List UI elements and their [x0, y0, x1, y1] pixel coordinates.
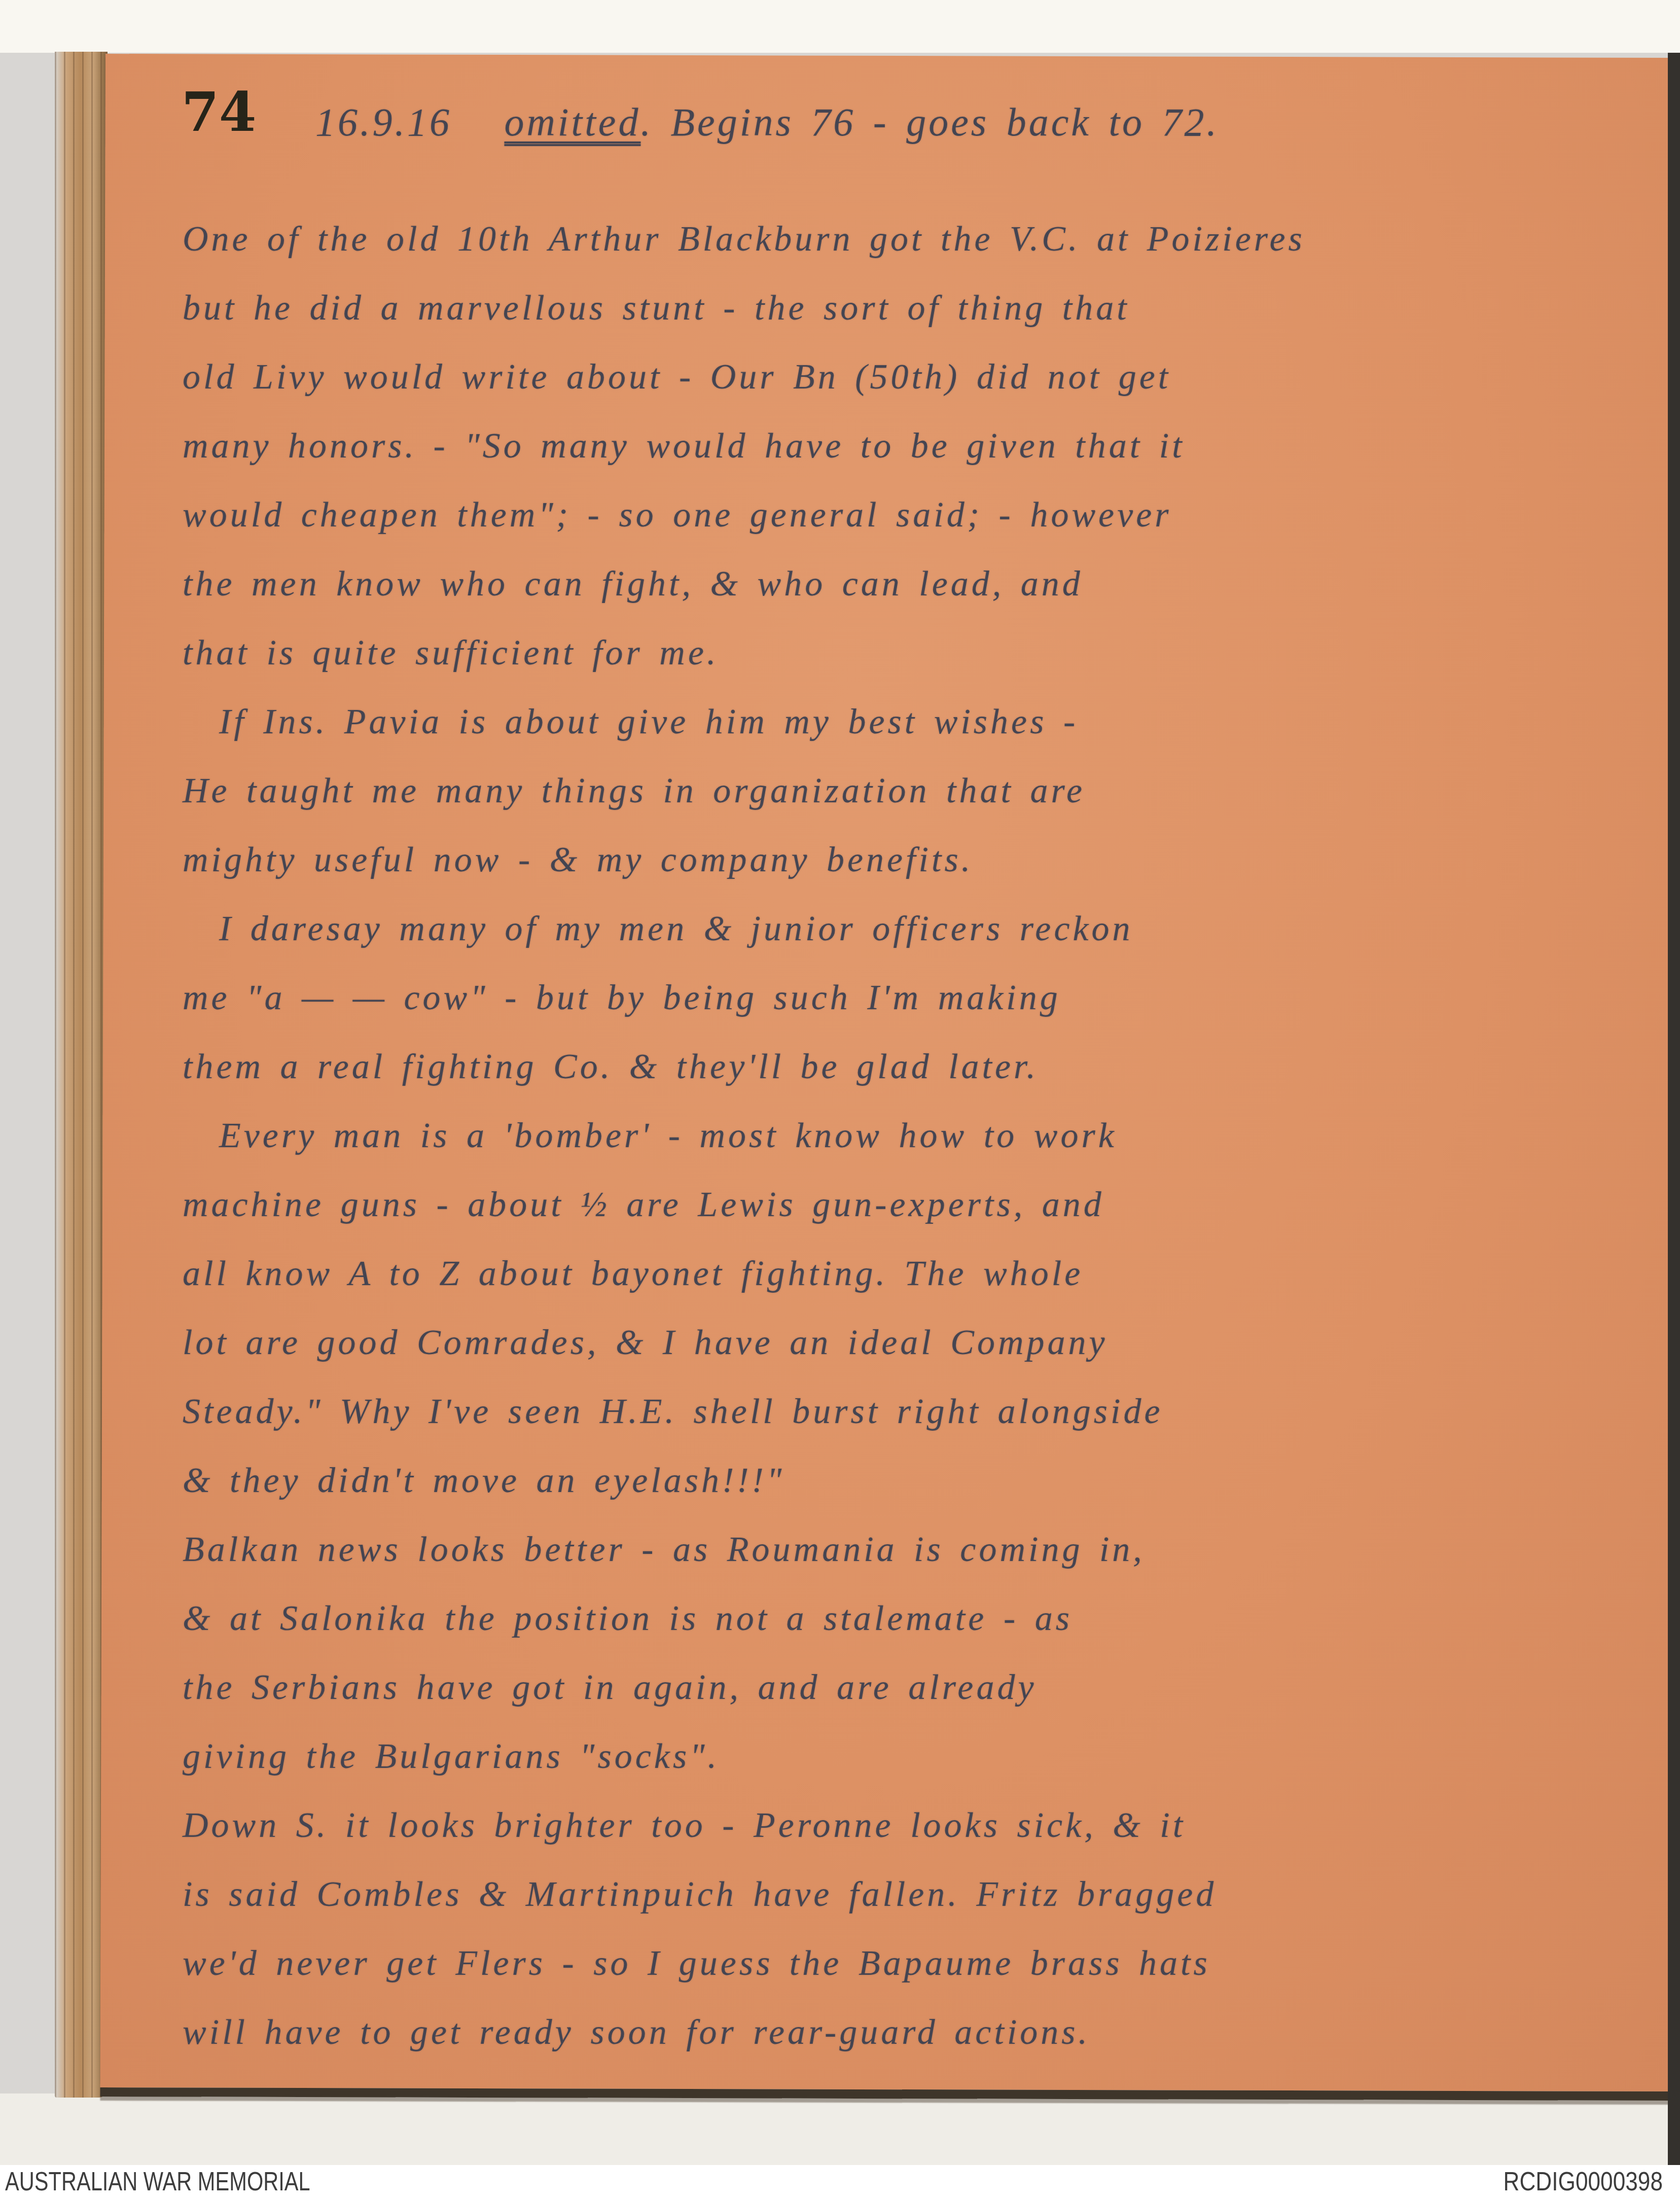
- handwritten-line: old Livy would write about - Our Bn (50t…: [183, 343, 1305, 412]
- handwritten-line: them a real fighting Co. & they'll be gl…: [183, 1033, 1305, 1102]
- handwritten-line: the Serbians have got in again, and are …: [183, 1653, 1305, 1722]
- handwritten-line: If Ins. Pavia is about give him my best …: [183, 688, 1305, 757]
- handwritten-line: Down S. it looks brighter too - Peronne …: [183, 1791, 1305, 1860]
- handwritten-line: I daresay many of my men & junior office…: [183, 895, 1305, 964]
- handwritten-line: the men know who can fight, & who can le…: [183, 550, 1305, 619]
- handwritten-line: Every man is a 'bomber' - most know how …: [183, 1102, 1305, 1170]
- handwritten-line: & at Salonika the position is not a stal…: [183, 1584, 1305, 1653]
- handwritten-line: mighty useful now - & my company benefit…: [183, 826, 1305, 895]
- handwritten-line: will have to get ready soon for rear-gua…: [183, 1998, 1305, 2067]
- handwritten-line: lot are good Comrades, & I have an ideal…: [183, 1308, 1305, 1377]
- book-page-edges: [55, 52, 108, 2098]
- header-note-rest: . Begins 76 - goes back to 72.: [640, 100, 1219, 144]
- handwritten-line: would cheapen them"; - so one general sa…: [183, 481, 1305, 550]
- handwritten-line: that is quite sufficient for me.: [183, 619, 1305, 688]
- handwritten-line: we'd never get Flers - so I guess the Ba…: [183, 1929, 1305, 1998]
- footer-bar: AUSTRALIAN WAR MEMORIAL RCDIG0000398: [0, 2165, 1680, 2200]
- scanner-top-strip: [0, 0, 1680, 53]
- page-number: 74: [182, 85, 257, 139]
- handwritten-line: Balkan news looks better - as Roumania i…: [183, 1515, 1305, 1584]
- handwriting-block: One of the old 10th Arthur Blackburn got…: [183, 205, 1305, 2067]
- handwritten-line: many honors. - "So many would have to be…: [183, 412, 1305, 481]
- handwritten-line: machine guns - about ½ are Lewis gun-exp…: [183, 1170, 1305, 1239]
- awm-label: AUSTRALIAN WAR MEMORIAL: [5, 2167, 310, 2197]
- handwritten-line: One of the old 10th Arthur Blackburn got…: [183, 205, 1305, 274]
- scanner-bottom-band: [0, 2093, 1680, 2165]
- diary-scan: 74 16.9.16 omitted. Begins 76 - goes bac…: [0, 0, 1680, 2200]
- handwritten-line: but he did a marvellous stunt - the sort…: [183, 274, 1305, 343]
- header-omitted-note: omitted: [505, 100, 641, 144]
- catalog-id: RCDIG0000398: [1504, 2167, 1663, 2197]
- handwritten-line: & they didn't move an eyelash!!!": [183, 1446, 1305, 1515]
- entry-header: 16.9.16 omitted. Begins 76 - goes back t…: [315, 99, 1219, 145]
- handwritten-line: He taught me many things in organization…: [183, 757, 1305, 826]
- handwritten-line: giving the Bulgarians "socks".: [183, 1722, 1305, 1791]
- handwritten-line: is said Combles & Martinpuich have falle…: [183, 1860, 1305, 1929]
- handwritten-line: me "a — — cow" - but by being such I'm m…: [183, 964, 1305, 1033]
- entry-date: 16.9.16: [315, 100, 452, 144]
- scan-edge-shadow: [1668, 53, 1680, 2200]
- handwritten-line: all know A to Z about bayonet fighting. …: [183, 1239, 1305, 1308]
- handwritten-line: Steady." Why I've seen H.E. shell burst …: [183, 1377, 1305, 1446]
